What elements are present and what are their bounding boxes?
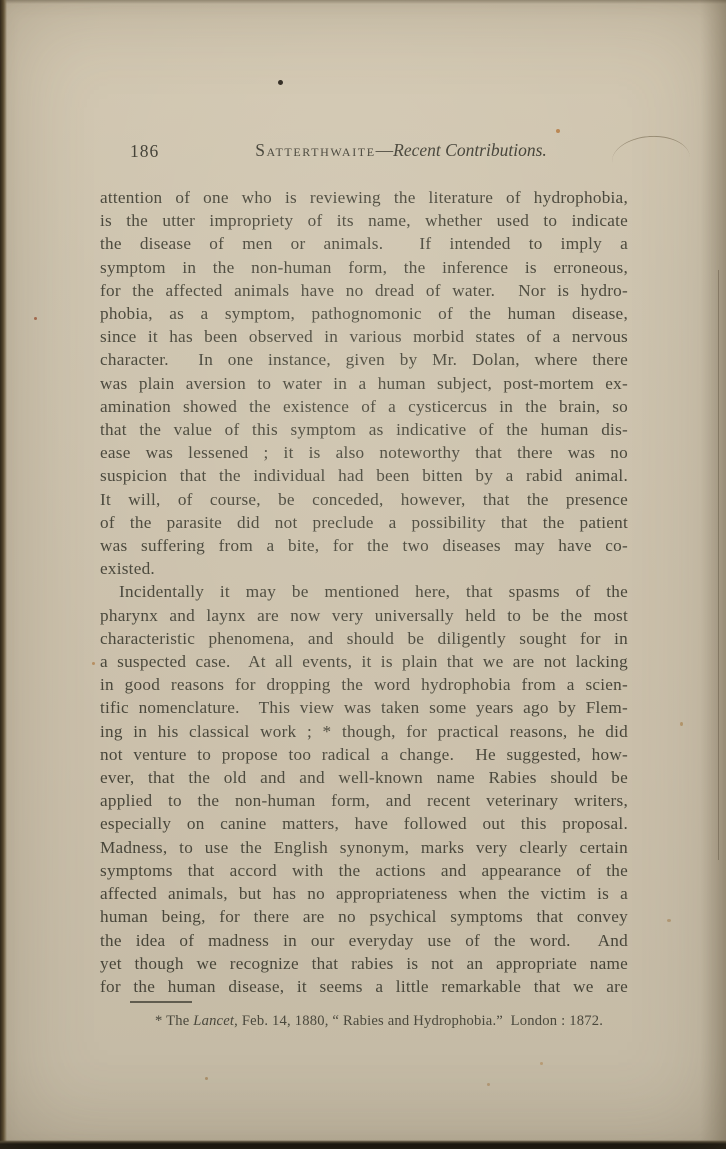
paper-speck	[487, 1083, 490, 1086]
text-line: pharynx and laynx are now very universal…	[100, 604, 628, 627]
text-line: symptoms that accord with the actions an…	[100, 859, 628, 882]
page-header: 186 Satterthwaite—Recent Contributions.	[100, 140, 628, 164]
text-line: human being, for there are no psychical …	[100, 905, 628, 928]
text-line: a suspected case. At all events, it is p…	[100, 650, 628, 673]
text-line: that the value of this symptom as indica…	[100, 418, 628, 441]
text-line: yet though we recognize that rabies is n…	[100, 952, 628, 975]
page-top-edge-shade	[0, 0, 726, 4]
text-line: amination showed the existence of a cyst…	[100, 395, 628, 418]
footnote-journal: Lancet	[193, 1013, 234, 1029]
paper-speck	[205, 1077, 208, 1080]
footnote: * The Lancet, Feb. 14, 1880, “ Rabies an…	[155, 1012, 655, 1031]
text-line: applied to the non-human form, and recen…	[100, 789, 628, 812]
text-line: not venture to propose too radical a cha…	[100, 743, 628, 766]
text-line: of the parasite did not preclude a possi…	[100, 511, 628, 534]
page-right-edge-line	[718, 270, 719, 860]
text-line: was suffering from a bite, for the two d…	[100, 534, 628, 557]
footnote-rule	[130, 1001, 192, 1003]
page-bottom-edge	[0, 1140, 726, 1149]
text-line: was plain aversion to water in a human s…	[100, 372, 628, 395]
paper-speck	[540, 1062, 543, 1065]
text-line: the idea of madness in our everyday use …	[100, 929, 628, 952]
page-right-edge-shade	[700, 0, 726, 1149]
text-line: in good reasons for dropping the word hy…	[100, 673, 628, 696]
text-line: character. In one instance, given by Mr.…	[100, 348, 628, 371]
text-line: ing in his classical work ; * though, fo…	[100, 720, 628, 743]
running-title: Satterthwaite—Recent Contributions.	[137, 140, 665, 161]
text-line: especially on canine matters, have follo…	[100, 812, 628, 835]
text-line: is the utter impropriety of its name, wh…	[100, 209, 628, 232]
paper-speck	[92, 662, 95, 665]
ink-dot-mark	[278, 80, 283, 85]
text-line: affected animals, but has no appropriate…	[100, 882, 628, 905]
footnote-text: The	[166, 1013, 189, 1029]
running-title-author: Satterthwaite	[255, 140, 375, 160]
footnote-citation: , Feb. 14, 1880, “ Rabies and Hydrophobi…	[234, 1013, 603, 1029]
text-line: for the affected animals have no dread o…	[100, 279, 628, 302]
text-line: Madness, to use the English synonym, mar…	[100, 836, 628, 859]
paper-speck	[667, 919, 671, 922]
body-text: attention of one who is reviewing the li…	[100, 186, 628, 998]
text-line: tific nomenclature. This view was taken …	[100, 696, 628, 719]
text-line: since it has been observed in various mo…	[100, 325, 628, 348]
text-line: the disease of men or animals. If intend…	[100, 232, 628, 255]
paper-speck	[556, 129, 560, 133]
text-line: phobia, as a symptom, pathognomonic of t…	[100, 302, 628, 325]
text-line: existed.	[100, 557, 628, 580]
running-title-work: Recent Contributions.	[393, 140, 547, 160]
footnote-marker: *	[155, 1013, 163, 1029]
text-line: ever, that the old and and well-known na…	[100, 766, 628, 789]
text-line: Incidentally it may be mentioned here, t…	[100, 580, 628, 603]
paragraph-1: attention of one who is reviewing the li…	[100, 186, 628, 580]
paper-speck	[34, 317, 37, 320]
book-page-scan: 186 Satterthwaite—Recent Contributions. …	[0, 0, 726, 1149]
paper-speck	[680, 722, 683, 726]
book-binding-edge	[0, 0, 7, 1149]
text-line: characteristic phenomena, and should be …	[100, 627, 628, 650]
paragraph-2: Incidentally it may be mentioned here, t…	[100, 580, 628, 998]
text-line: attention of one who is reviewing the li…	[100, 186, 628, 209]
running-title-separator: —	[376, 140, 394, 160]
text-line: ease was lessened ; it is also noteworth…	[100, 441, 628, 464]
text-line: suspicion that the individual had been b…	[100, 464, 628, 487]
text-line: for the human disease, it seems a little…	[100, 975, 628, 998]
text-line: symptom in the non-human form, the infer…	[100, 256, 628, 279]
text-line: It will, of course, be conceded, however…	[100, 488, 628, 511]
